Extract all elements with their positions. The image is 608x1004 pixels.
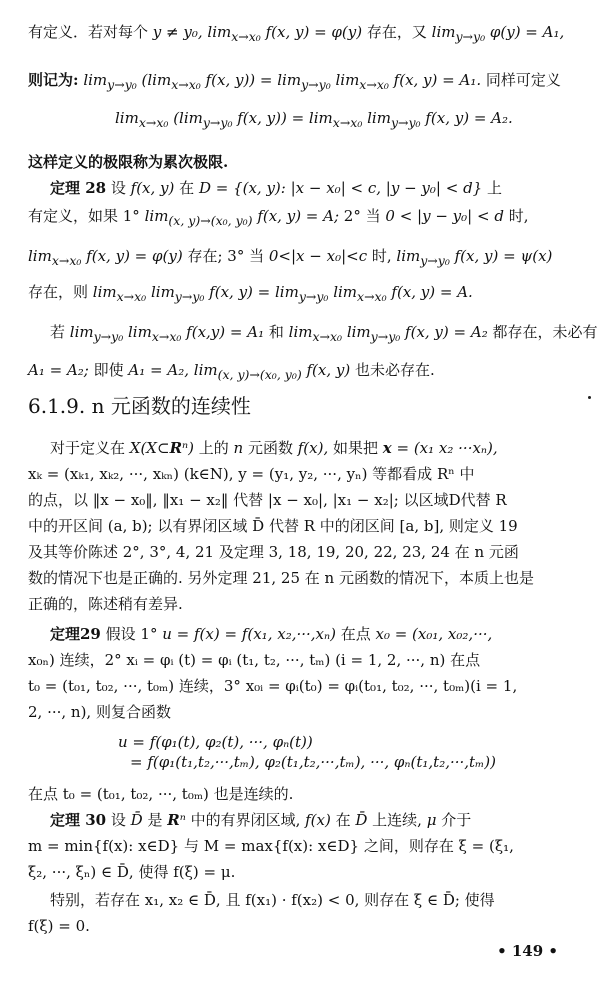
text-line: t₀ = (t₀₁, t₀₂, ···, t₀ₘ) 连续，3° x₀ᵢ = φᵢ…	[28, 676, 588, 696]
text-line: 中的开区间 (a, b); 以有界闭区域 D̄ 代替 R 中的闭区间 [a, b…	[28, 516, 588, 536]
text-line: m = min{f(x): x∈D} 与 M = max{f(x): x∈D} …	[28, 836, 588, 856]
text-line: x₀ₙ) 连续，2° xᵢ = φᵢ (t) = φᵢ (t₁, t₂, ···…	[28, 650, 588, 670]
text-line: 对于定义在 X(X⊂Rⁿ) 上的 n 元函数 f(x), 如果把 x = (x₁…	[50, 438, 588, 458]
text-line: 有定义．若对每个 y ≠ y₀, limx→x₀ f(x, y) = φ(y) …	[28, 22, 588, 47]
text-line: 有定义，如果 1° lim(x, y)→(x₀, y₀) f(x, y) = A…	[28, 206, 588, 231]
text-line: 这样定义的极限称为累次极限.	[28, 152, 588, 172]
text-line: A₁ = A₂; 即使 A₁ = A₂, lim(x, y)→(x₀, y₀) …	[28, 360, 588, 385]
text-line: 2, ···, n), 则复合函数	[28, 702, 588, 722]
equation: u = f(φ₁(t), φ₂(t), ···, φₙ(t))	[118, 732, 313, 752]
text-line: 则记为: limy→y₀ (limx→x₀ f(x, y)) = limy→y₀…	[28, 70, 588, 95]
equation: limx→x₀ (limy→y₀ f(x, y)) = limx→x₀ limy…	[115, 108, 513, 133]
text-line: 的点，以 ‖x − x₀‖, ‖x₁ − x₂‖ 代替 |x − x₀|, |x…	[28, 490, 588, 510]
text-line: 若 limy→y₀ limx→x₀ f(x,y) = A₁ 和 limx→x₀ …	[50, 322, 588, 347]
equation: = f(φ₁(t₁,t₂,···,tₘ), φ₂(t₁,t₂,···,tₘ), …	[130, 752, 496, 772]
text-line: 在点 t₀ = (t₀₁, t₀₂, ···, t₀ₘ) 也是连续的.	[28, 784, 588, 804]
section-heading: 6.1.9. n 元函数的连续性	[28, 393, 251, 419]
scan-speck	[588, 396, 591, 399]
text-line: 存在，则 limx→x₀ limy→y₀ f(x, y) = limy→y₀ l…	[28, 282, 588, 307]
text-line: 数的情况下也是正确的. 另外定理 21, 25 在 n 元函数的情况下，本质上也…	[28, 568, 588, 588]
text-line: limx→x₀ f(x, y) = φ(y) 存在; 3° 当 0<|x − x…	[28, 246, 588, 271]
text-line: f(ξ) = 0.	[28, 916, 588, 936]
text-line: 特别，若存在 x₁, x₂ ∈ D̄, 且 f(x₁) · f(x₂) < 0,…	[50, 890, 588, 910]
text-line: xₖ = (xₖ₁, xₖ₂, ···, xₖₙ) (k∈N), y = (y₁…	[28, 464, 588, 484]
theorem-28-line: 定理 28 设 f(x, y) 在 D = {(x, y): |x − x₀| …	[50, 178, 588, 198]
page-number: • 149 •	[497, 942, 558, 960]
section-number: 6.1.9.	[28, 394, 85, 418]
text-line: 正确的，陈述稍有差异.	[28, 594, 588, 614]
theorem-30-line: 定理 30 设 D̄ 是 Rⁿ 中的有界闭区域, f(x) 在 D̄ 上连续, …	[50, 810, 588, 830]
text-line: ξ₂, ···, ξₙ) ∈ D̄, 使得 f(ξ) = μ.	[28, 862, 588, 882]
text-line: 及其等价陈述 2°, 3°, 4, 21 及定理 3, 18, 19, 20, …	[28, 542, 588, 562]
theorem-29-line: 定理29 假设 1° u = f(x) = f(x₁, x₂,···,xₙ) 在…	[50, 624, 588, 644]
section-title: n 元函数的连续性	[92, 394, 251, 418]
